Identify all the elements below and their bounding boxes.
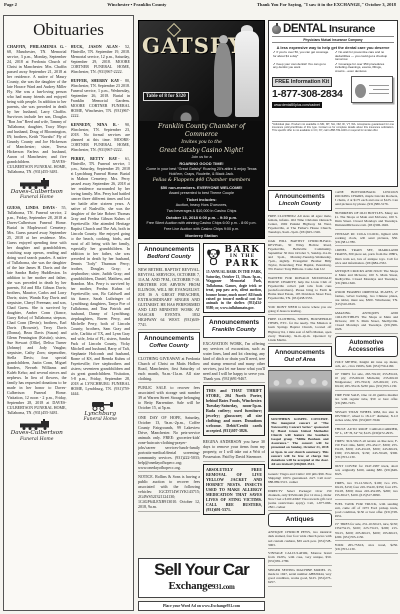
classified-ad: YOU DON'T NEED to know where you are goi… xyxy=(268,305,332,316)
classified-ad: TIRES, two 33-12.50x15, $100; two 255-60… xyxy=(335,481,399,500)
gatsby-ad-line: Come in your best "Great Gatsby" Roaring… xyxy=(143,167,260,177)
vintage-car-wheel-icon xyxy=(173,105,199,121)
sell-your-car-headline: Sell Your Car xyxy=(139,561,264,580)
gatsby-ad-line: Franklin County Chamber of Commerce xyxy=(143,123,260,139)
table-price-badge: Table of 8 for $320 xyxy=(143,92,189,101)
funeral-home-subtitle: Funeral Home xyxy=(7,437,67,442)
dental-bullet: ✓No wait for preventive care and no dedu… xyxy=(335,51,393,62)
classified-ad: TIRES: 30-9.50x15 all terrain on like ne… xyxy=(335,439,399,462)
website-url: www.dental50plus.com/cadnet xyxy=(272,102,322,108)
dental-ad-contact: FREE Information Kit 1-877-308-2834 www.… xyxy=(269,74,397,120)
classified-ad: NEW BETHEL BAPTIST REVIVAL. REVIVAL SERV… xyxy=(138,267,200,330)
dental-bullet: ✓Keep your own dentist! You can go to an… xyxy=(273,63,331,74)
dental-insurance-ad: DENTAL Insurance Physicians Mutual Insur… xyxy=(268,20,398,187)
insurance-card-image xyxy=(351,76,393,103)
bullet-text: Keep your own dentist! You can go to any… xyxy=(273,62,326,70)
section-header-automotive: Automotive Accessories xyxy=(335,336,399,357)
classified-ad: 16" TIRES for sale, 265-70x16; 255-85x16… xyxy=(335,372,399,391)
exchange-logo: Exchange931.com xyxy=(139,580,264,592)
classified-ad: VINTAGE CALCULATOR, Monroe brand from 19… xyxy=(268,551,332,566)
middle-classified-columns: Announcements Bedford County NEW BETHEL … xyxy=(138,243,265,555)
classified-ad: FUEL TANK FOR TRUCK, with sending unit, … xyxy=(335,502,399,521)
classified-ad: TIRE FOR SALE, One 12-16 gumbo mudder ti… xyxy=(335,393,399,408)
obituaries-columns: CHAFFIN, PHILAMENIA G.- 68, Manchester, … xyxy=(7,44,130,447)
funeral-home-subtitle: Funeral Home xyxy=(7,195,67,200)
obituaries-column-2: HUCK, JASON ALAN- 52, Flintville, TN. Se… xyxy=(71,44,131,447)
fine-print: *Individual plan. Product not available … xyxy=(272,121,394,133)
gatsby-ad-line: Ticket includes: xyxy=(143,197,260,202)
funeral-home-subtitle: Funeral Home xyxy=(71,417,131,422)
classified-ad: 15" TIRES for sale, 231-10.50x15, nice, … xyxy=(335,522,399,541)
classified-ad: FREE CLOTHING! All sizes all ages: male,… xyxy=(268,214,332,237)
gatsby-ad-line: Award presented to best Theme Couple xyxy=(143,191,260,196)
dental-bullet: ✓If you're over 50, you can get coverage… xyxy=(273,51,331,62)
newspaper-page: Page 2 Winchester • Franklin County Than… xyxy=(0,0,400,614)
classified-ad: OAK HILL BAPTIST CHURCH-FALL REVIVAL, 30… xyxy=(268,239,332,274)
classified-ad: NOTICE. Rollins & Sons is having a publi… xyxy=(138,474,200,512)
sell-your-car-ad: Sell Your Car Exchange931.com xyxy=(138,558,265,598)
train-icon xyxy=(19,178,55,189)
classified-ad: CANE BOTTOM/BACK LINCOLN ROCKING CHAIRS,… xyxy=(335,190,399,209)
section-header-antiques: Antiques xyxy=(268,513,332,527)
gatsby-ad-line: Free Live Auction with Casino Chips 9:00… xyxy=(143,227,260,232)
classified-ad: VOLT METER, Knight kit tune up meter, ta… xyxy=(335,360,399,371)
dental-ad-title: DENTAL Insurance xyxy=(283,23,375,35)
classified-ad: WANTED FOR RONALD MCDONALD HOUSE CHARITY… xyxy=(268,276,332,303)
section-header-franklin: Announcements Franklin County xyxy=(203,316,265,337)
classified-ad: FREE CLOTHING, SHOES, HOUSEHOLD ITEMS, E… xyxy=(268,317,332,344)
obituary-text: - 80, Winchester, TN. September 23 2018.… xyxy=(71,78,131,118)
page-region: Winchester • Franklin County xyxy=(107,2,166,7)
section-header-out-of-area: Announcements Out of Area xyxy=(268,346,332,367)
gatsby-ad-line: Invites you to the xyxy=(143,140,260,146)
classified-ad: Generic Viagra and Cialis! 100 pills $99… xyxy=(268,472,332,487)
dental-ad-bullets: ✓If you're over 50, you can get coverage… xyxy=(269,51,397,74)
page-tagline: Thank You For Saying, "I saw it in the E… xyxy=(257,2,396,7)
classified-column-c: Announcements Lincoln County FREE CLOTHI… xyxy=(268,190,332,611)
classified-ad: NISSAN TITAN WHEEL RIM, tire size is 285… xyxy=(335,410,399,425)
free-kit-label: FREE Information Kit xyxy=(272,77,332,87)
obituary-entry: KENNEDY, NINA R.- 90, Winchester, TN. Se… xyxy=(71,122,131,152)
classified-ad: HUNDREDS OF OLD BOTTLES. Many are $1. Th… xyxy=(335,211,399,230)
classified-column-a: Announcements Bedford County NEW BETHEL … xyxy=(138,243,200,555)
exchange-domain: 931.com xyxy=(212,583,235,591)
apple-icon xyxy=(272,25,281,34)
obituary-entry: PERRY, BETTY RAY- 61, Flintville, TN. Fu… xyxy=(71,156,131,396)
gatsby-ad-line: Two beverages & $10,000 in Casino Chips xyxy=(143,209,260,214)
classified-ad: REGINA ANDERSON you have 30 days to remo… xyxy=(203,439,265,462)
gatsby-casino-night-ad: GATSBY Table of 8 for $320 Franklin Coun… xyxy=(138,20,265,239)
section-header-lincoln: Announcements Lincoln County xyxy=(268,190,332,211)
classified-ad: FOUR 265-75X16, nice tread, $250. (931)7… xyxy=(335,543,399,554)
classified-ad: CLOTHING GIVEAWAY at Fredonia Church of … xyxy=(138,356,200,384)
obituary-text: - 55, Tullahoma, TN. Funeral service, 2 … xyxy=(7,205,67,415)
dog-icon xyxy=(206,248,221,266)
exchange-brand: Exchange xyxy=(168,580,211,592)
classified-ad: SOUTHERN GOSPEL CONCERT. The inaugural c… xyxy=(268,414,332,469)
train-icon xyxy=(19,419,55,430)
gatsby-ad-line: Auction, heavy Hors D'oeuvres, xyxy=(143,203,260,208)
classified-column-b: BARK IN THE PARK 15 ANNUAL BARK IN THE P… xyxy=(203,243,265,555)
classified-ad: THULE AUTO ROOF CARGO-CARRIER, 76" L, 18… xyxy=(335,427,399,438)
classified-ad: DIRECTV Select Package! Over 150 channel… xyxy=(268,489,332,512)
portrait-oval-icon xyxy=(355,84,366,98)
gatsby-ad-body: Franklin County Chamber of Commerce Invi… xyxy=(139,121,264,239)
dental-title-sub: Insurance xyxy=(329,23,375,35)
obituaries-title: Obituaries xyxy=(7,20,130,40)
classified-ad: WOOD FRAMED ORIENTAL PLATES, 2" frames, … xyxy=(335,290,399,309)
obituary-text: - 52, Flintville, TN. September 19, 2018… xyxy=(71,44,131,74)
obituary-text: - 68, Manchester, TN. Memorial service, … xyxy=(7,44,67,174)
word-ad-footer: Place your Word Ad on www.Exchange931.co… xyxy=(138,601,265,611)
lynchburg-funeral-home-logo: Lynchburg Funeral Home xyxy=(71,400,131,422)
classified-ad: ABSOLUTELY FREE REMOVAL OF LIVE YELLOW J… xyxy=(203,464,265,515)
gatsby-ad-line: ROARING GOOD TIME! xyxy=(143,161,260,166)
gatsby-ad-line: Great Gatsby Casino Night! xyxy=(143,147,260,155)
daves-culbertson-logo: Daves-Culbertson Funeral Home xyxy=(7,419,67,441)
obituary-entry: CHAFFIN, PHILAMENIA G.- 68, Manchester, … xyxy=(7,44,67,174)
obituary-entry: GUESS, LINDA DAVIS- 55, Tullahoma, TN. F… xyxy=(7,205,67,415)
funeral-home-name: Daves-Culbertson xyxy=(7,430,67,436)
classified-ad: ANTIQUE CROCKS AND JUGS! The Shops at Ma… xyxy=(335,269,399,288)
classified-ad: AMAZING ANTIQUES AND COLLECTIBLES The Sh… xyxy=(335,311,399,334)
bark-ad-title: BARK IN THE PARK xyxy=(223,246,262,269)
gatsby-ad-line: Free Silent Auction with winning Casino … xyxy=(143,221,260,226)
classified-ad: VINTAGE RC COLA CLOCK, lighted with work… xyxy=(335,232,399,247)
phone-number: 1-877-308-2834 xyxy=(272,88,343,100)
classified-ad: ANTIQUE CHURCH PEWS, two identical dark … xyxy=(268,530,332,549)
classified-column-d: CANE BOTTOM/BACK LINCOLN ROCKING CHAIRS,… xyxy=(335,190,399,611)
classified-ad: PUBLIC SALE to recover fees associated w… xyxy=(138,385,200,413)
gatsby-man-figure-icon xyxy=(235,31,259,117)
classified-ad: EXCAVATION WORK, I'm offering my service… xyxy=(203,341,265,384)
dental-ad-tagline: A less expensive way to help get the den… xyxy=(271,45,395,50)
section-header-coffee: Announcements Coffee County xyxy=(138,332,200,353)
bullet-text: Coverage for over 350 procedures includi… xyxy=(335,62,384,73)
bullet-text: If you're over 50, you can get coverage … xyxy=(273,50,328,58)
gatsby-ad-line: Join us for a xyxy=(143,155,260,160)
obituaries-section: Obituaries CHAFFIN, PHILAMENIA G.- 68, M… xyxy=(3,15,134,611)
dental-bullet: ✓Coverage for over 350 procedures includ… xyxy=(335,63,393,74)
obituary-entry: HUCK, JASON ALAN- 52, Flintville, TN. Se… xyxy=(71,44,131,74)
page-header: Page 2 Winchester • Franklin County Than… xyxy=(0,2,400,7)
daves-culbertson-logo: Daves-Culbertson Funeral Home xyxy=(7,178,67,200)
page-number: Page 2 xyxy=(4,2,17,7)
section-header-bedford: Announcements Bedford County xyxy=(138,243,200,264)
gatsby-ad-line: Monterey Station xyxy=(143,233,260,238)
dental-title-main: DENTAL xyxy=(283,23,326,35)
gospel-group-photo xyxy=(268,370,332,412)
flapper-figure-icon xyxy=(214,43,232,117)
right-classified-columns: Announcements Lincoln County FREE CLOTHI… xyxy=(268,190,398,611)
classified-ad: LIONEL TRAIN SET, MARKLAND TRAINS, 300 p… xyxy=(335,248,399,267)
obituary-text: - 61, Flintville, TN. Funeral service, 1… xyxy=(71,156,131,396)
bark-ad-body: 15 ANNUAL BARK IN THE PARK, Saturday, Oc… xyxy=(206,270,262,310)
gatsby-ad-line: $50 non-members. EVERYONE WELCOME! xyxy=(143,185,260,190)
classified-ad: SINGER SEWING MACHINE MODEL 15, made in … xyxy=(268,568,332,587)
gatsby-artwork: GATSBY Table of 8 for $320 xyxy=(139,21,264,121)
bullet-text: No wait for preventive care and no deduc… xyxy=(335,50,387,61)
classified-ad: DUST COVER for 1947-1987 truck, short be… xyxy=(335,464,399,479)
classified-ad: ONE DAY OF HOPE, Saturday, October 13, 9… xyxy=(138,415,200,473)
gatsby-ad-line: October 13, 2018 6:00 p.m. - 9:30 p.m. xyxy=(143,215,260,220)
obituary-text: - 90, Winchester, TN. September 23, 2018… xyxy=(71,122,131,152)
bark-in-the-park-ad: BARK IN THE PARK 15 ANNUAL BARK IN THE P… xyxy=(203,243,265,313)
gatsby-ad-line: Fellas & Flappers $40 Chamber members xyxy=(143,178,260,184)
carriage-icon xyxy=(85,400,115,411)
obituary-entry: HUFFER, SHERRY KAY- 80, Winchester, TN. … xyxy=(71,78,131,118)
insurance-company-name: Physicians Mutual Insurance Company xyxy=(272,36,394,43)
dental-ad-header: DENTAL Insurance xyxy=(269,21,397,36)
obituaries-column-1: CHAFFIN, PHILAMENIA G.- 68, Manchester, … xyxy=(7,44,67,447)
classified-ad: THIS and THAT THRIFT STORE, 204 North Po… xyxy=(203,385,265,436)
